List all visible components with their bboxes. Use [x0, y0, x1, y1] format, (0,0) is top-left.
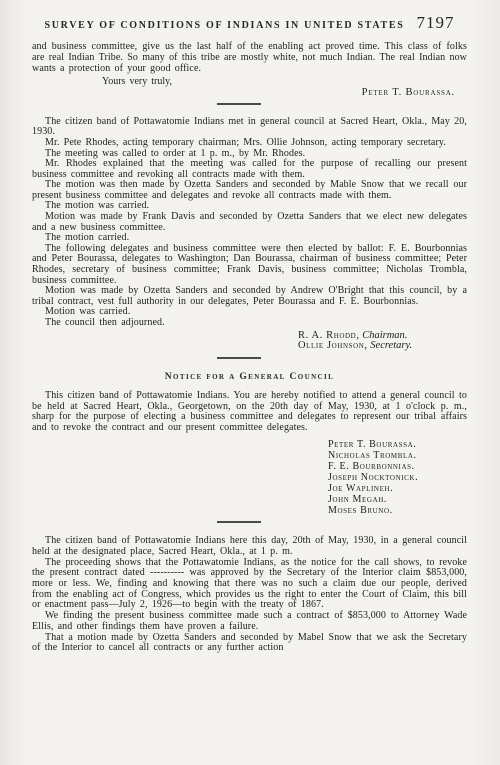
- proceedings-paragraph: The citizen band of Pottawatomie Indians…: [32, 536, 467, 557]
- notice-signatory: Peter T. Bourassa.: [328, 439, 467, 450]
- notice-paragraph: This citizen band of Pottawatomie Indian…: [32, 391, 467, 435]
- officer-title: Chairman.: [362, 330, 407, 341]
- letter-signature: Peter T. Bourassa.: [32, 87, 467, 98]
- officer-name: R. A. Rhodd,: [298, 330, 360, 341]
- notice-signatories: Peter T. Bourassa. Nicholas Trombla. F. …: [328, 439, 467, 516]
- notice-signatory: Nicholas Trombla.: [328, 450, 467, 461]
- letter-section: and business committee, give us the last…: [32, 42, 467, 98]
- council-minutes-section: The citizen band of Pottawatomie Indians…: [32, 117, 467, 352]
- officer-title: Secretary.: [370, 340, 412, 351]
- minutes-paragraph: Mr. Pete Rhodes, acting temporary chairm…: [32, 138, 467, 149]
- notice-signatory: F. E. Bourbonnias.: [328, 461, 467, 472]
- notice-heading: Notice for a General Council: [32, 372, 467, 382]
- notice-section: Notice for a General Council This citize…: [32, 372, 467, 517]
- notice-signatory: Joseph Nocktonick.: [328, 472, 467, 483]
- document-page: SURVEY OF CONDITIONS OF INDIANS IN UNITE…: [0, 0, 500, 765]
- minutes-paragraph: Motion was made by Frank Davis and secon…: [32, 212, 467, 233]
- letter-closing: Yours very truly,: [102, 76, 467, 87]
- minutes-paragraph: Mr. Rhodes explained that the meeting wa…: [32, 159, 467, 180]
- minutes-paragraph: The citizen band of Pottawatomie Indians…: [32, 117, 467, 138]
- proceedings-paragraph: We finding the present business committe…: [32, 611, 467, 632]
- section-divider: [217, 521, 261, 523]
- minutes-paragraph: Motion was made by Ozetta Sanders and se…: [32, 286, 467, 307]
- officer-signatures: R. A. Rhodd, Chairman. Ollie Johnson, Se…: [298, 331, 467, 352]
- minutes-paragraph: The motion was then made by Ozetta Sande…: [32, 180, 467, 201]
- notice-signatory: John Megah.: [328, 494, 467, 505]
- page-number: 7197: [417, 13, 455, 33]
- officer-name: Ollie Johnson,: [298, 340, 368, 351]
- minutes-paragraph: The following delegates and business com…: [32, 244, 467, 286]
- section-divider: [217, 357, 261, 359]
- proceedings-section: The citizen band of Pottawatomie Indians…: [32, 536, 467, 654]
- running-head-title: SURVEY OF CONDITIONS OF INDIANS IN UNITE…: [44, 20, 404, 31]
- proceedings-paragraph: That a motion made by Ozetta Sanders and…: [32, 633, 467, 654]
- minutes-paragraph: The council then adjourned.: [32, 318, 467, 329]
- letter-continuation-paragraph: and business committee, give us the last…: [32, 42, 467, 75]
- proceedings-paragraph: The proceeding shows that the Pottawatom…: [32, 558, 467, 612]
- section-divider: [217, 103, 261, 105]
- running-head: SURVEY OF CONDITIONS OF INDIANS IN UNITE…: [32, 13, 467, 33]
- officer-signature-row: Ollie Johnson, Secretary.: [298, 341, 467, 352]
- notice-signatory: Moses Bruno.: [328, 505, 467, 516]
- notice-signatory: Joe Waplineh.: [328, 483, 467, 494]
